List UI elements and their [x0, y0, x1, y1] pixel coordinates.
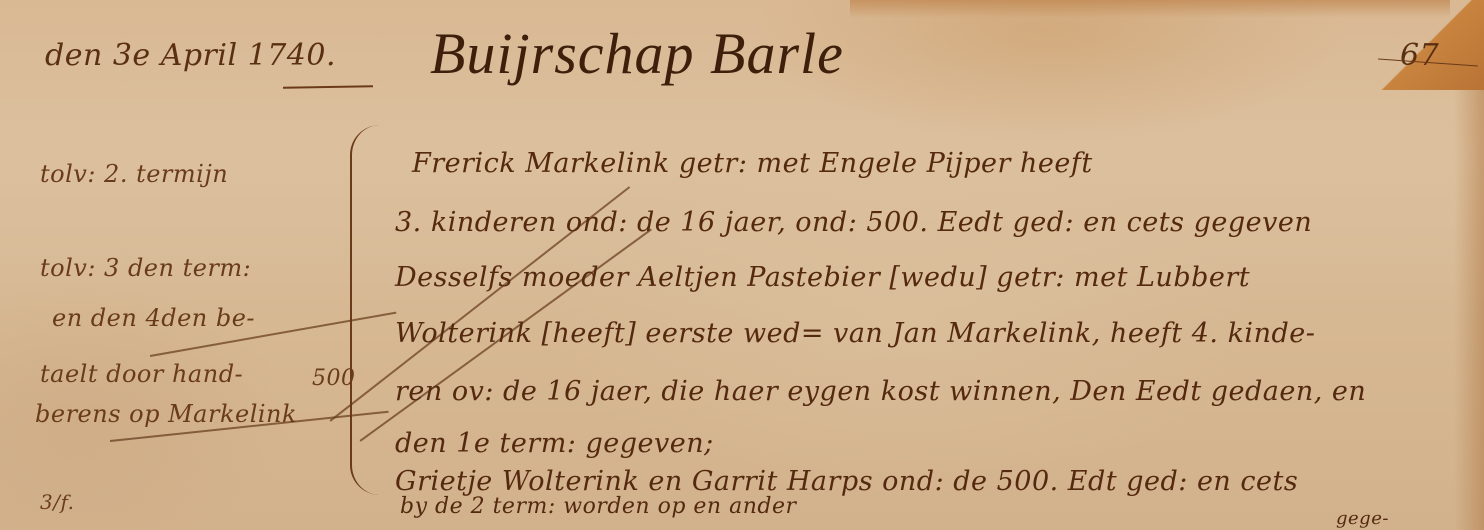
margin-amount: 500 — [312, 366, 356, 391]
entry-bracket — [350, 125, 392, 495]
entry-line: Frerick Markelink getr: met Engele Pijpe… — [412, 148, 1093, 179]
entry-line: Desselfs moeder Aeltjen Pastebier [wedu]… — [395, 262, 1250, 293]
page-title: Buijrschap Barle — [430, 20, 844, 87]
entry-line: Wolterink [heeft] eerste wed= van Jan Ma… — [395, 318, 1315, 349]
margin-note: en den 4den be- — [52, 304, 255, 332]
entry-line: gege- — [1336, 508, 1389, 529]
page-number: 67 — [1400, 38, 1439, 73]
entry-line: ren ov: de 16 jaer, die haer eygen kost … — [395, 376, 1366, 407]
underline — [283, 85, 373, 89]
entry-line: 3. kinderen ond: de 16 jaer, ond: 500. E… — [395, 207, 1312, 238]
header-date: den 3e April 1740. — [45, 38, 336, 73]
entry-line: den 1e term: gegeven; — [395, 428, 714, 459]
margin-note: 3/f. — [40, 490, 75, 514]
entry-line: by de 2 term: worden op en ander — [400, 494, 797, 519]
manuscript-page: den 3e April 1740. Buijrschap Barle 67 t… — [0, 0, 1484, 530]
entry-line: Grietje Wolterink en Garrit Harps ond: d… — [395, 466, 1298, 497]
margin-note: taelt door hand- — [40, 360, 243, 388]
margin-note: tolv: 2. termijn — [40, 160, 228, 188]
margin-note: tolv: 3 den term: — [40, 254, 251, 282]
paper-stain — [1454, 80, 1484, 530]
